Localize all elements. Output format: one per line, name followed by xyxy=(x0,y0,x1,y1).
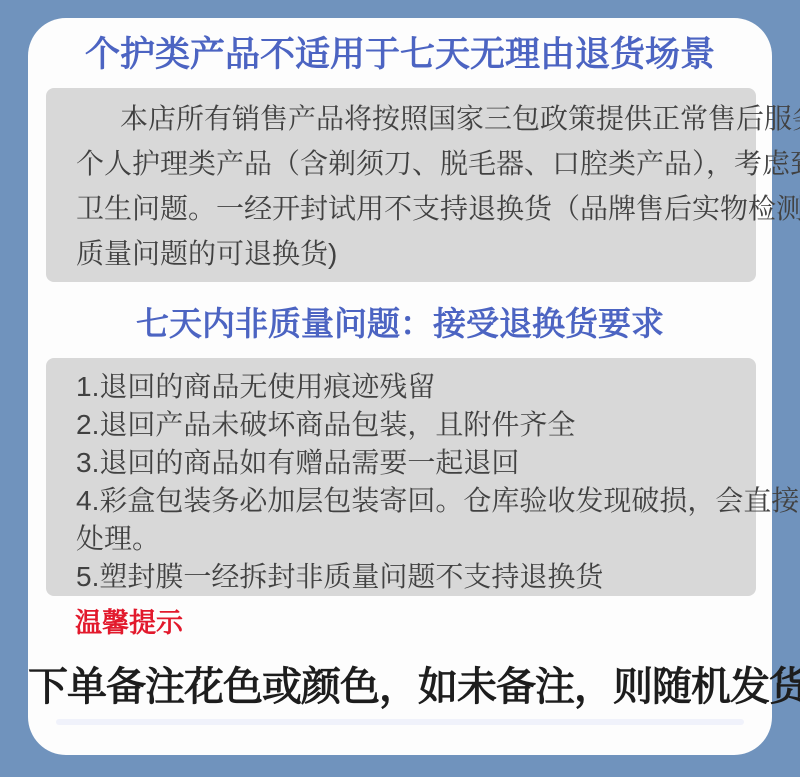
return-rule-item: 5.塑封膜一经拆封非质量问题不支持退换货 xyxy=(76,558,742,596)
return-rules-panel: 1.退回的商品无使用痕迹残留 2.退回产品未破坏商品包装，且附件齐全 3.退回的… xyxy=(46,358,756,596)
return-rule-item: 2.退回产品未破坏商品包装，且附件齐全 xyxy=(76,406,742,444)
policy-card: 个护类产品不适用于七天无理由退货场景 本店所有销售产品将按照国家三包政策提供正常… xyxy=(28,18,772,755)
policy-paragraph-line: 个人护理类产品（含剃须刀、脱毛器、口腔类产品），考虑到 xyxy=(76,141,742,186)
after-sales-policy-panel: 本店所有销售产品将按照国家三包政策提供正常售后服务, 个人护理类产品（含剃须刀、… xyxy=(46,88,756,282)
return-rule-item-wrap: 处理。 xyxy=(76,520,742,558)
seven-day-return-conditions-title: 七天内非质量问题：接受退换货要求 xyxy=(28,304,772,344)
return-rule-item: 1.退回的商品无使用痕迹残留 xyxy=(76,368,742,406)
policy-paragraph-line: 质量问题的可退换货) xyxy=(76,231,742,276)
bottom-divider xyxy=(56,719,744,725)
return-rule-item: 3.退回的商品如有赠品需要一起退回 xyxy=(76,444,742,482)
return-rule-item: 4.彩盒包装务必加层包装寄回。仓库验收发现破损，会直接拒收 xyxy=(76,482,742,520)
no-reason-return-exclusion-title: 个护类产品不适用于七天无理由退货场景 xyxy=(28,34,772,76)
warm-tip-label: 温馨提示 xyxy=(75,610,772,637)
policy-notice-page: 个护类产品不适用于七天无理由退货场景 本店所有销售产品将按照国家三包政策提供正常… xyxy=(0,0,800,777)
policy-paragraph-line: 卫生问题。一经开封试用不支持退换货（品牌售后实物检测有 xyxy=(76,186,742,231)
policy-paragraph-line: 本店所有销售产品将按照国家三包政策提供正常售后服务, xyxy=(76,96,742,141)
order-remark-notice: 下单备注花色或颜色，如未备注，则随机发货 xyxy=(28,663,772,711)
